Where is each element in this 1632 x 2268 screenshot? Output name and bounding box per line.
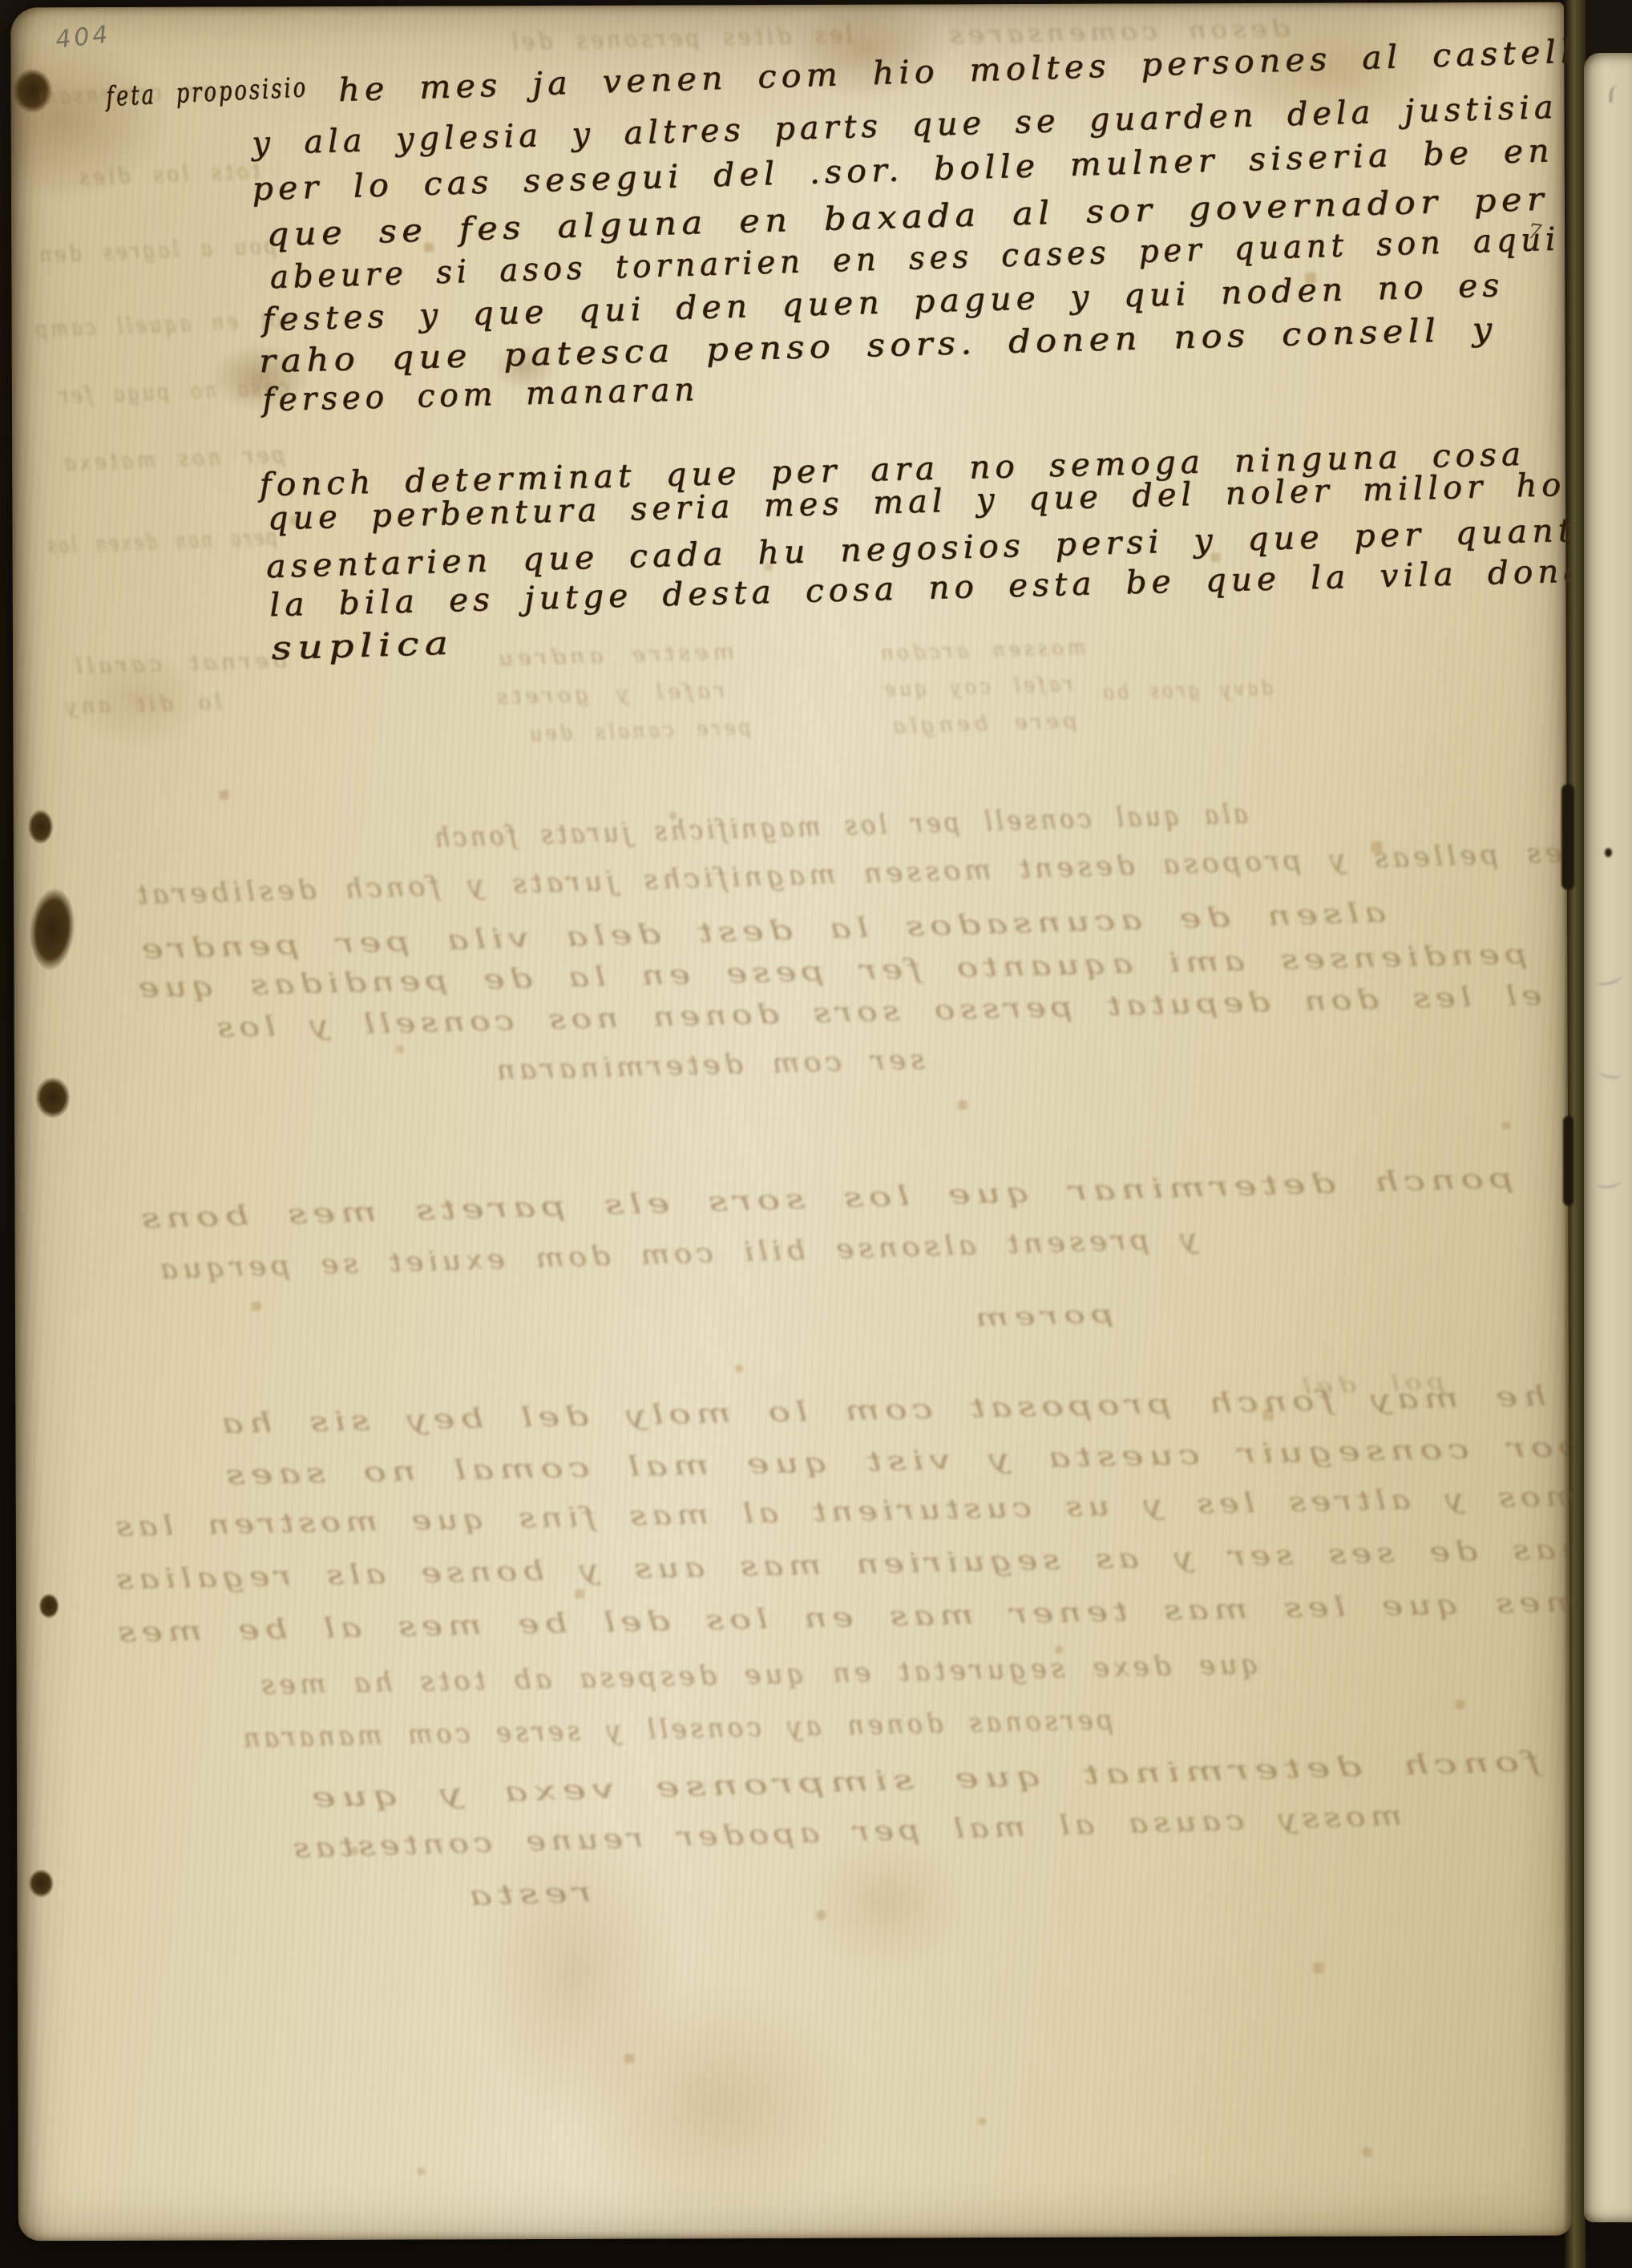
bleedthrough-line: lo dit any bbox=[61, 690, 222, 719]
bleedthrough-line: porem bbox=[969, 1300, 1114, 1332]
handwriting-layer: feta proposisiohe mes ja venen com hio m… bbox=[10, 2, 1564, 8]
margin-label: feta proposisio bbox=[105, 71, 309, 113]
adjacent-page-ink-dot bbox=[1605, 848, 1612, 857]
ink-blot bbox=[28, 809, 54, 844]
bleedthrough-line: per nos matexa bbox=[60, 441, 285, 476]
ink-blot bbox=[28, 1869, 54, 1898]
bleedthrough-line: rafel y gorets bbox=[492, 679, 725, 710]
archive-scan: 404 som comensamtots los diespou a lagre… bbox=[0, 0, 1632, 2268]
margin-tick-mark: 7 bbox=[1526, 220, 1542, 245]
bleedthrough-line: not en aquell camp bbox=[31, 306, 297, 343]
manuscript-line: suplica bbox=[271, 625, 454, 667]
bleedthrough-line: ponch determinar que los sors els parets… bbox=[135, 1162, 1513, 1235]
bleedthrough-line: pera non dexen los bbox=[44, 524, 277, 559]
bleedthrough-line: davy gros bo bbox=[1100, 676, 1273, 705]
bleedthrough-line: mos y altres les y us custurient al mas … bbox=[111, 1481, 1577, 1543]
bleedthrough-line: mas de ses ser y as seguirien mas aus y … bbox=[111, 1533, 1594, 1596]
bleedthrough-line: pou a lagres den bbox=[35, 232, 277, 268]
bleedthrough-line: pere bengla bbox=[888, 710, 1077, 739]
bleedthrough-line: por conseguir cuesta y vist que mal coma… bbox=[220, 1431, 1582, 1492]
bleedthrough-line: mes que les mas tener mas en los del be … bbox=[112, 1587, 1579, 1649]
bleedthrough-line: pere canals deu bbox=[526, 716, 751, 746]
folio-number: 404 bbox=[55, 20, 113, 54]
bleedthrough-line: que dexe seguretat en que despesa ab tot… bbox=[257, 1648, 1259, 1701]
ink-blot bbox=[35, 1077, 71, 1118]
bleedthrough-layer: som comensamtots los diespou a lagres de… bbox=[10, 2, 1564, 8]
bleedthrough-line: tots los dies bbox=[75, 157, 261, 191]
bleedthrough-line: bernat carall bbox=[71, 649, 288, 679]
bleedthrough-line: les dites persones del bbox=[507, 21, 853, 56]
ink-blot bbox=[26, 886, 79, 973]
manuscript-page: 404 som comensamtots los diespou a lagre… bbox=[10, 2, 1572, 2242]
ink-blot bbox=[38, 1593, 59, 1619]
gutter-shadow-blob bbox=[1563, 1116, 1573, 1206]
gutter-shadow-blob bbox=[1561, 784, 1574, 890]
bleedthrough-line: he may fonch proposat com lo moly del be… bbox=[216, 1381, 1546, 1441]
bleedthrough-line: mestre andreu bbox=[494, 640, 735, 671]
bleedthrough-line: rafel coy que bbox=[880, 672, 1073, 701]
bleedthrough-line: ser com determinaran bbox=[492, 1044, 926, 1086]
bleedthrough-line: y present alsonse bili com dom exuiet se… bbox=[156, 1223, 1198, 1286]
bleedthrough-line: resta bbox=[463, 1877, 592, 1913]
adjacent-page-edge bbox=[1584, 53, 1632, 2222]
bleedthrough-line: personas donen ay consell y serse com ma… bbox=[240, 1704, 1114, 1755]
bleedthrough-line: cosa no puga fer bbox=[56, 374, 289, 409]
bleedthrough-line: mossen arcdon bbox=[877, 636, 1086, 666]
bleedthrough-line: ala qual consell per los magnifichs jura… bbox=[430, 798, 1249, 854]
